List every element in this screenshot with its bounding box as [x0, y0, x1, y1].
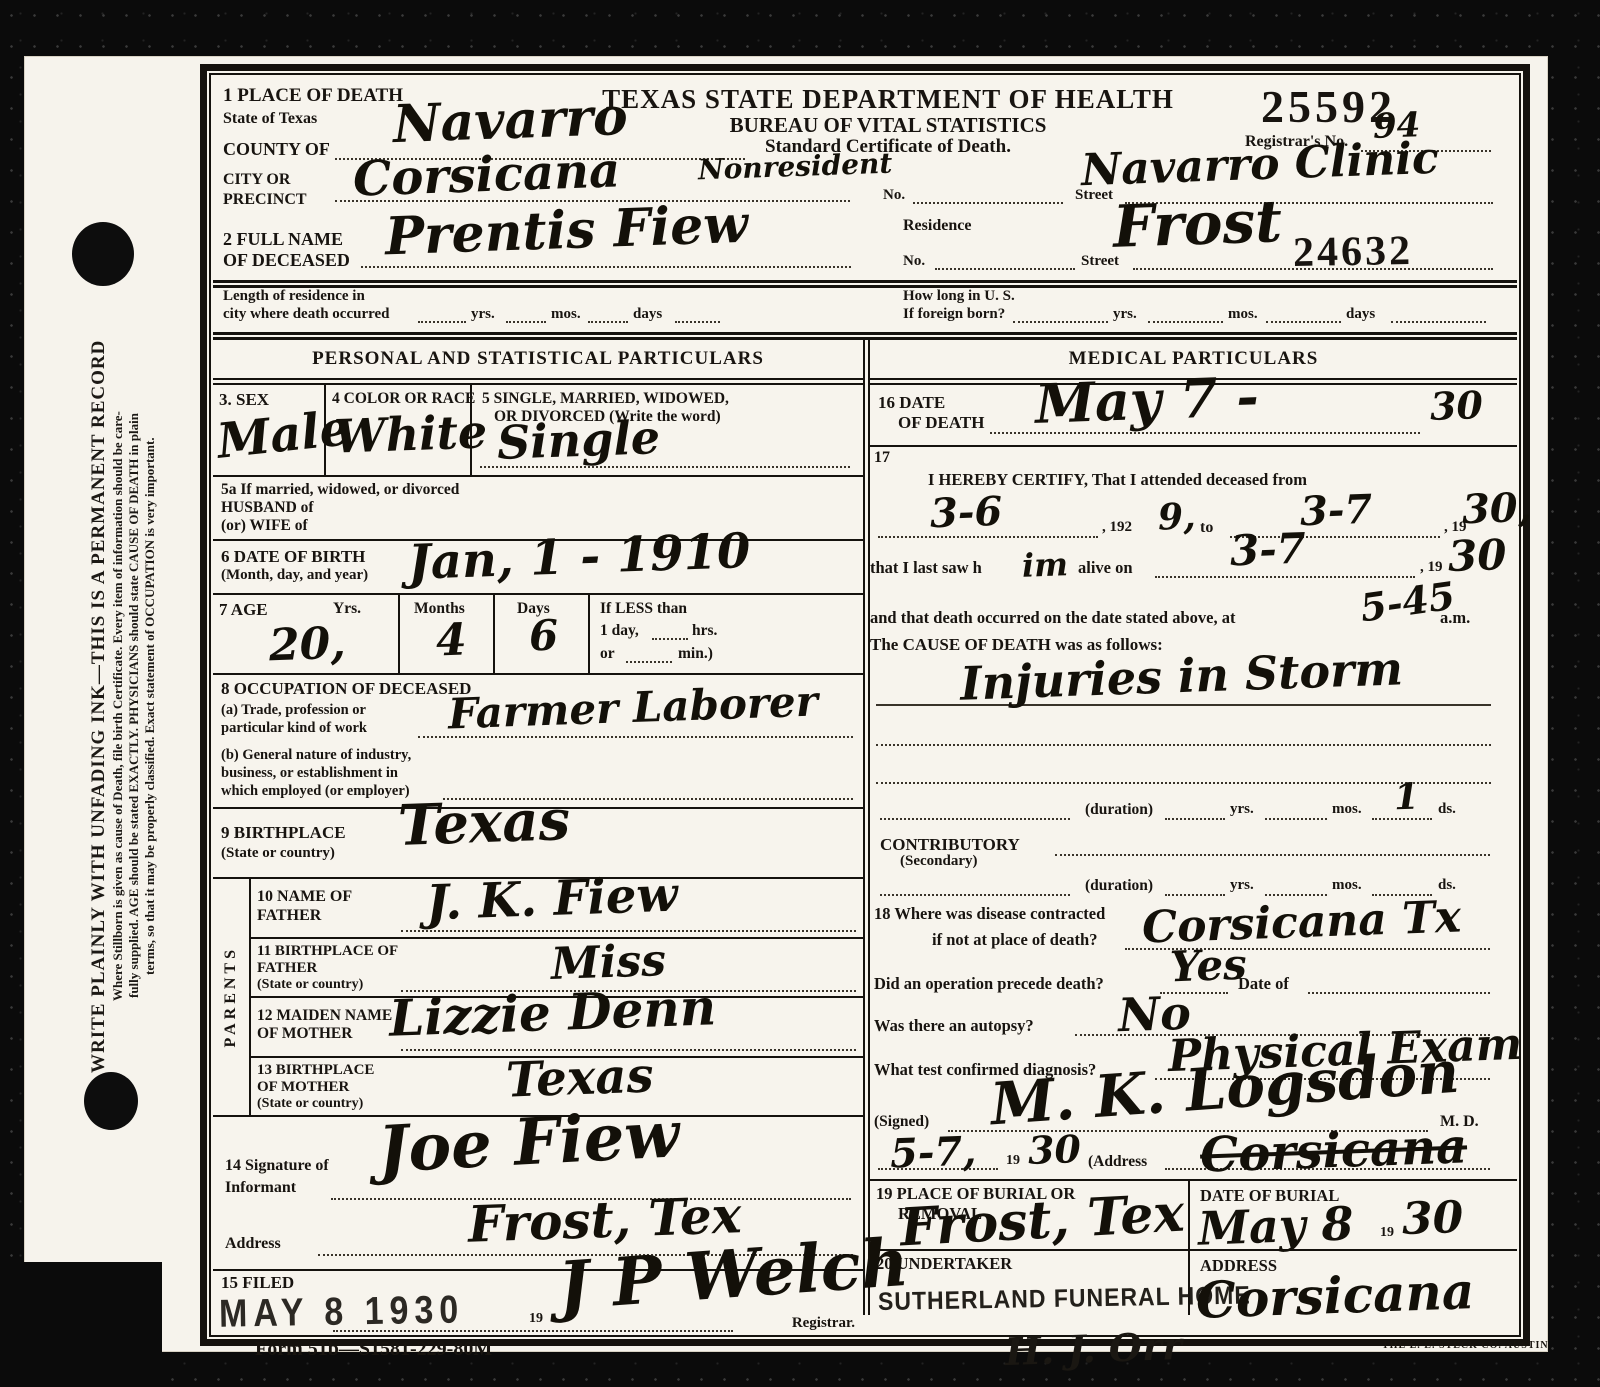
undertaker-row: 20 UNDERTAKER SUTHERLAND FUNERAL HOME AD…	[870, 1251, 1517, 1315]
contracted-label-2: if not at place of death?	[932, 931, 1097, 949]
to-label: to	[1200, 519, 1213, 537]
mother-birthplace-label-2: OF MOTHER	[257, 1079, 349, 1096]
last-saw-year: 30	[1447, 534, 1507, 578]
rule-line	[1265, 817, 1327, 820]
sex-label: 3. SEX	[219, 390, 269, 409]
rule-line	[1165, 817, 1225, 820]
age-row: 7 AGE Yrs. 20, Months 4 Days 6	[213, 595, 863, 675]
date-of-birth-row: 6 DATE OF BIRTH (Month, day, and year) J…	[213, 541, 863, 595]
filed-label: 15 FILED	[221, 1273, 294, 1292]
rule-line	[1165, 893, 1225, 896]
mother-name-label-2: OF MOTHER	[257, 1025, 352, 1042]
pod-no-label: No.	[883, 187, 905, 204]
filed-section: 15 FILED MAY 8 1930 19 J P Welch Registr…	[213, 1271, 863, 1315]
scanned-death-certificate: WRITE PLAINLY WITH UNFADING INK—THIS IS …	[0, 0, 1600, 1387]
age-yrs-label: Yrs.	[333, 600, 361, 617]
burial-row: 19 PLACE OF BURIAL OR REMOVAL Frost, Tex…	[870, 1181, 1517, 1251]
contributory-row: CONTRIBUTORY (Secondary)	[870, 827, 1517, 867]
personal-particulars-column: PERSONAL AND STATISTICAL PARTICULARS 3. …	[213, 340, 863, 1315]
sex-value: Male	[215, 404, 352, 466]
birthplace-label-1: 9 BIRTHPLACE	[221, 823, 346, 842]
occupation-label: 8 OCCUPATION OF DECEASED	[221, 679, 471, 698]
marital-label-1: 5 SINGLE, MARRIED, WIDOWED,	[482, 390, 729, 407]
age-days-value: 6	[528, 615, 559, 658]
duration-2-label: (duration)	[1085, 877, 1153, 894]
father-birthplace-label-2: FATHER	[257, 960, 317, 977]
rule-line	[626, 660, 672, 663]
spouse-label-2: HUSBAND of	[221, 499, 314, 516]
lor-days-label: days	[633, 306, 662, 323]
operation-label: Did an operation precede death?	[874, 975, 1104, 993]
residence-label: Residence	[903, 217, 971, 235]
margin-note-line4: terms, so that it may be properly classi…	[142, 66, 158, 1346]
duration-days-value: 1	[1393, 779, 1419, 816]
dod-label-1: 16 DATE	[878, 393, 945, 412]
duration-2-yrs-label: yrs.	[1230, 877, 1254, 894]
occupation-a-label-1: (a) Trade, profession or	[221, 702, 366, 718]
last-saw-label-1: that I last saw h	[870, 559, 982, 577]
age-less-label-3b: min.)	[678, 645, 713, 662]
rule-line	[1013, 320, 1108, 323]
certification-block: 17 I HEREBY CERTIFY, That I attended dec…	[870, 447, 1517, 667]
rule-line	[333, 1329, 733, 1332]
father-birthplace-label-3: (State or country)	[257, 977, 363, 993]
birthplace-row: 9 BIRTHPLACE (State or country) Texas	[213, 809, 863, 879]
left-column-header: PERSONAL AND STATISTICAL PARTICULARS	[213, 340, 863, 385]
father-name-value: J. K. Fiew	[425, 871, 678, 928]
father-name-label-1: 10 NAME OF	[257, 888, 352, 906]
rule-line	[1148, 320, 1223, 323]
parents-strip: PARENTS	[213, 879, 251, 1115]
signed-address-value: Corsicana	[1199, 1122, 1468, 1179]
certify-statement: I HEREBY CERTIFY, That I attended deceas…	[928, 471, 1307, 489]
burial-year-value: 30	[1401, 1196, 1464, 1242]
us-label-2: If foreign born?	[903, 306, 1005, 323]
us-yrs-label: yrs.	[1113, 306, 1137, 323]
spouse-label-3: (or) WIFE of	[221, 517, 308, 534]
dob-label-1: 6 DATE OF BIRTH	[221, 547, 365, 566]
county-label: COUNTY OF	[223, 139, 330, 159]
contracted-label-1: 18 Where was disease contracted	[874, 905, 1105, 923]
attended-to-year: 30,	[1461, 488, 1532, 530]
birthplace-value: Texas	[397, 792, 571, 854]
year-19-print-d: 19	[1006, 1153, 1020, 1169]
operation-value: Yes	[1169, 944, 1247, 989]
parents-section: PARENTS 10 NAME OF FATHER J. K. Fiew 11 …	[213, 879, 863, 1117]
form-number: Form 51b—S1581-229-80M	[255, 1338, 492, 1361]
attended-from-year: 9,	[1157, 498, 1196, 535]
age-less-label-2b: hrs.	[692, 622, 717, 639]
filed-year-prefix: 19	[529, 1311, 543, 1327]
us-label-1: How long in U. S.	[903, 288, 1015, 305]
dept-title: TEXAS STATE DEPARTMENT OF HEALTH	[593, 84, 1183, 114]
duration-mos-label: mos.	[1332, 801, 1362, 818]
mother-birthplace-label-1: 13 BIRTHPLACE	[257, 1062, 374, 1079]
blank-cause-line	[870, 711, 1517, 749]
rule-line	[1055, 853, 1490, 856]
length-of-residence-row: Length of residence in city where death …	[213, 288, 1517, 340]
rule-line	[1391, 320, 1486, 323]
age-yrs-value: 20,	[268, 622, 346, 669]
burial-place-value: Frost, Tex	[899, 1188, 1186, 1255]
rule-line	[675, 320, 720, 323]
age-less-label-2a: 1 day,	[600, 622, 639, 639]
informant-signature: Joe Fiew	[377, 1103, 681, 1183]
last-saw-value: 3-7	[1229, 528, 1306, 573]
rule-line	[652, 637, 688, 640]
us-mos-label: mos.	[1228, 306, 1258, 323]
cause-of-death-value: Injuries in Storm	[959, 645, 1403, 706]
sex-race-marital-row: 3. SEX Male 4 COLOR OR RACE White 5 SING…	[213, 385, 863, 477]
county-value: Navarro	[392, 91, 628, 151]
duration-ds-label: ds.	[1438, 801, 1456, 818]
contributory-label: CONTRIBUTORY	[880, 835, 1020, 854]
rule-line	[913, 201, 1063, 204]
mother-birthplace-value: Texas	[505, 1051, 654, 1104]
him-handwritten: im	[1021, 548, 1068, 582]
rule-line	[878, 535, 1098, 538]
occupation-a-label-2: particular kind of work	[221, 720, 367, 736]
medical-particulars-column: MEDICAL PARTICULARS 16 DATE OF DEATH May…	[863, 340, 1517, 1315]
margin-note-line2: Where Stillborn is given as cause of Dea…	[110, 66, 126, 1346]
mother-birthplace-label-3: (State or country)	[257, 1096, 363, 1112]
father-name-row: 10 NAME OF FATHER J. K. Fiew	[251, 879, 863, 939]
duration-yrs-label: yrs.	[1230, 801, 1254, 818]
mother-name-row: 12 MAIDEN NAME OF MOTHER Lizzie Denn	[251, 998, 863, 1058]
printer-imprint: THE E. L. STECK CO. AUSTIN	[1382, 1340, 1549, 1351]
city-value: Corsicana	[352, 146, 621, 203]
lor-yrs-label: yrs.	[471, 306, 495, 323]
lor-label-1: Length of residence in	[223, 288, 365, 305]
duration-2-mos-label: mos.	[1332, 877, 1362, 894]
age-months-value: 4	[435, 618, 467, 663]
rule-line	[876, 743, 1491, 746]
certificate-header: 1 PLACE OF DEATH State of Texas COUNTY O…	[213, 77, 1517, 288]
signed-date-row: 5-7, 19 30 (Address Corsicana	[870, 1141, 1517, 1181]
undertaker-address-value: Corsicana	[1195, 1266, 1475, 1326]
signed-date-value: 5-7,	[889, 1132, 977, 1175]
race-value: White	[333, 408, 488, 459]
marital-value: Single	[496, 414, 661, 466]
age-label: 7 AGE	[219, 600, 268, 619]
age-less-label-1: If LESS than	[600, 600, 687, 617]
autopsy-label: Was there an autopsy?	[874, 1017, 1034, 1035]
mother-name-value: Lizzie Denn	[388, 982, 717, 1043]
rule-line	[1266, 320, 1341, 323]
attended-from-value: 3-6	[929, 492, 1003, 534]
lor-label-2: city where death occurred	[223, 306, 390, 323]
signed-year-value: 30	[1027, 1130, 1081, 1170]
last-saw-label-2: alive on	[1078, 559, 1133, 577]
father-name-label-2: FATHER	[257, 907, 321, 925]
margin-instructions: WRITE PLAINLY WITH UNFADING INK—THIS IS …	[88, 66, 206, 1346]
dob-value: Jan, 1 - 1910	[407, 527, 751, 587]
place-of-death-label: 1 PLACE OF DEATH	[223, 85, 403, 106]
full-name-value: Prentis Fiew	[384, 199, 749, 264]
state-label: State of Texas	[223, 110, 317, 128]
pod-street-value: Navarro Clinic	[1080, 137, 1439, 193]
duration-label: (duration)	[1085, 801, 1153, 818]
dod-value: May 7 -	[1034, 369, 1259, 431]
rule-line	[418, 320, 466, 323]
date-of-death-row: 16 DATE OF DEATH May 7 - 30	[870, 385, 1517, 447]
mother-name-label-1: 12 MAIDEN NAME	[257, 1007, 392, 1024]
occupation-b-label-3: which employed (or employer)	[221, 783, 410, 799]
full-name-label-2: OF DECEASED	[223, 250, 350, 270]
duration-row: (duration) yrs. mos. 1 ds.	[870, 787, 1517, 827]
residence-value: Frost	[1112, 192, 1283, 256]
stamped-file-number: 24632	[1293, 228, 1414, 277]
rule-line	[1155, 575, 1415, 578]
death-occurred-statement: and that death occurred on the date stat…	[870, 609, 1235, 627]
rule-line	[880, 893, 1070, 896]
informant-address-label: Address	[225, 1235, 281, 1253]
rule-line	[935, 267, 1075, 270]
residence-no-label: No.	[903, 253, 925, 270]
dod-year-value: 30	[1429, 386, 1483, 426]
nonresident-note: Nonresident	[698, 150, 893, 185]
dob-label-2: (Month, day, and year)	[221, 567, 368, 584]
footer-handwritten-note: H. J. Orr	[1004, 1327, 1182, 1371]
age-less-label-3a: or	[600, 645, 615, 662]
lor-mos-label: mos.	[551, 306, 581, 323]
rule-line	[506, 320, 546, 323]
bureau-title: BUREAU OF VITAL STATISTICS	[593, 114, 1183, 138]
spouse-label-1: 5a If married, widowed, or divorced	[221, 481, 459, 498]
attended-to-value: 3-7	[1299, 490, 1373, 532]
year-192-print-a: , 192	[1102, 519, 1132, 536]
cause-line: Injuries in Storm	[870, 667, 1517, 711]
city-label-1: CITY OR	[223, 171, 290, 189]
margin-note-main: WRITE PLAINLY WITH UNFADING INK—THIS IS …	[88, 66, 110, 1346]
parents-label: PARENTS	[222, 946, 240, 1048]
occupation-a-value: Farmer Laborer	[447, 681, 818, 736]
year-19-print-e: 19	[1380, 1225, 1394, 1241]
informant-label-1: 14 Signature of	[225, 1157, 329, 1175]
burial-date-value: May 8	[1197, 1200, 1354, 1251]
occupation-b-label-2: business, or establishment in	[221, 765, 398, 781]
signed-address-label: (Address	[1088, 1153, 1147, 1170]
rule-line	[588, 320, 628, 323]
father-birthplace-label-1: 11 BIRTHPLACE OF	[257, 943, 398, 960]
signed-label: (Signed)	[874, 1113, 929, 1130]
certificate-form: 1 PLACE OF DEATH State of Texas COUNTY O…	[200, 64, 1530, 1346]
item-17-number: 17	[874, 449, 890, 467]
birthplace-label-2: (State or country)	[221, 845, 335, 862]
rule-line	[880, 817, 1070, 820]
blank-cause-line	[870, 749, 1517, 787]
margin-note-line3: fully supplied. AGE should be stated EXA…	[126, 66, 142, 1346]
registrar-label: Registrar.	[792, 1315, 855, 1332]
us-days-label: days	[1346, 306, 1375, 323]
occupation-b-label-1: (b) General nature of industry,	[221, 747, 411, 763]
rule-line	[1308, 991, 1490, 994]
operation-row: Did an operation precede death? Yes Date…	[870, 961, 1517, 1003]
informant-label-2: Informant	[225, 1179, 296, 1197]
full-name-label-1: 2 FULL NAME	[223, 229, 343, 249]
dod-label-2: OF DEATH	[898, 413, 984, 432]
city-label-2: PRECINCT	[223, 191, 307, 209]
